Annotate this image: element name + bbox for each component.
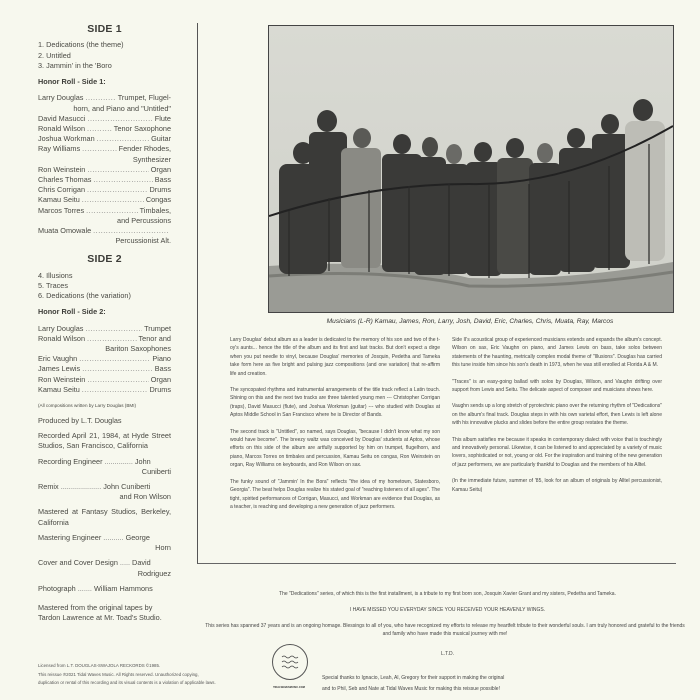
musician-name: Kamau Seitu [38, 385, 80, 395]
musician-name: James Lewis [38, 364, 80, 374]
credit-row: Larry DouglasTrumpet, Flugel-horn, and P… [38, 93, 171, 113]
instrument: Bass [155, 175, 171, 185]
liner-paragraph: The syncopated rhythms and instrumental … [230, 386, 440, 420]
leader-dots [87, 114, 152, 124]
dedication-line-1: The "Dedications" series, of which this … [200, 590, 695, 598]
remix-credit: Remix....................John Cuniberti … [38, 482, 171, 502]
musician-name: Ray Williams [38, 144, 80, 154]
composition-note: (All compositions written by Larry Dougl… [38, 402, 171, 409]
instrument: Organ [151, 375, 171, 385]
liner-paragraph: "Traces" is an easy-going ballad with so… [452, 378, 662, 395]
musician-name: Charles Thomas [38, 175, 91, 185]
liner-paragraph: Side II's acoustical group of experience… [452, 336, 662, 370]
leader-dots [87, 185, 147, 195]
tidal-waves-logo [272, 644, 308, 680]
musician-name: Ronald Wilson [38, 124, 85, 134]
dedication-line-2: I HAVE MISSED YOU EVERYDAY SINCE YOU REC… [200, 606, 695, 614]
instrument: Flute [155, 114, 171, 124]
instrument: Piano [152, 354, 171, 364]
credit-row: Charles ThomasBass [38, 175, 171, 185]
musician-name: Muata Omowale [38, 226, 91, 236]
leader-dots [82, 195, 144, 205]
side2-credits: Larry DouglasTrumpetRonald WilsonTenor a… [38, 324, 171, 395]
instrument: Trumpet, Flugel- [118, 93, 171, 103]
legal-notice: Licensed from L.T. DOUGLAS-SWAJOLA RECKO… [38, 662, 278, 688]
dedication-line-3: This series has spanned 37 years and is … [205, 622, 685, 639]
cover-design: Cover and Cover Design.....David Rodrigu… [38, 558, 171, 578]
instrument: Fender Rhodes, [119, 144, 171, 154]
instrument: Organ [151, 165, 171, 175]
photograph-credit: Photograph.......William Hammons [38, 584, 171, 594]
instrument: Guitar [151, 134, 171, 144]
musician-name: Eric Vaughn [38, 354, 77, 364]
leader-dots [82, 144, 117, 154]
side2-honor-roll-title: Honor Roll - Side 2: [38, 307, 171, 317]
instrument: Timbales, [140, 206, 171, 216]
photo-illustration [269, 26, 673, 312]
liner-paragraph: Vaughn sends up a long stretch of pyrote… [452, 402, 662, 427]
leader-dots [87, 124, 112, 134]
instrument-continued: and Percussions [38, 216, 171, 226]
leader-dots [86, 206, 138, 216]
left-column: SIDE 1 1. Dedications (the theme) 2. Unt… [38, 20, 171, 628]
credit-row: James LewisBass [38, 364, 171, 374]
liner-notes-column-2: Side II's acoustical group of experience… [452, 336, 662, 502]
musician-name: Marcos Torres [38, 206, 84, 216]
leader-dots [82, 364, 153, 374]
leader-dots [82, 385, 148, 395]
credit-row: Kamau SeituCongas [38, 195, 171, 205]
instrument: Bass [155, 364, 171, 374]
track-item: 1. Dedications (the theme) [38, 40, 171, 50]
side1-credits: Larry DouglasTrumpet, Flugel-horn, and P… [38, 93, 171, 246]
instrument-continued: Synthesizer [38, 155, 171, 165]
liner-paragraph: Larry Douglas' debut album as a leader i… [230, 336, 440, 378]
leader-dots [85, 324, 142, 334]
leader-dots [93, 175, 152, 185]
credit-row: Eric VaughnPiano [38, 354, 171, 364]
credit-row: Ron WeinsteinOrgan [38, 375, 171, 385]
produced-by: Produced by L.T. Douglas [38, 416, 171, 426]
band-photo [268, 25, 674, 313]
track-item: 3. Jammin' in the 'Boro [38, 61, 171, 71]
musician-name: Ron Weinstein [38, 375, 85, 385]
liner-paragraph: The funky sound of "Jammin' In the Bora"… [230, 478, 440, 512]
instrument: Congas [146, 195, 171, 205]
musician-name: Chris Corrigan [38, 185, 85, 195]
credit-row: Ray WilliamsFender Rhodes,Synthesizer [38, 144, 171, 164]
credit-row: Ronald WilsonTenor Saxophone [38, 124, 171, 134]
side1-heading: SIDE 1 [38, 24, 171, 34]
waves-icon [273, 645, 307, 679]
liner-notes-column-1: Larry Douglas' debut album as a leader i… [230, 336, 440, 519]
liner-paragraph: (In the immediate future, summer of '85,… [452, 477, 662, 494]
instrument-continued: Bariton Saxophones [38, 344, 171, 354]
leader-dots [93, 226, 169, 236]
credit-row: Marcos TorresTimbales,and Percussions [38, 206, 171, 226]
credit-row: Ronald WilsonTenor andBariton Saxophones [38, 334, 171, 354]
musician-name: Joshua Workman [38, 134, 95, 144]
musician-name: Ron Weinstein [38, 165, 85, 175]
photo-caption: Musicians (L-R) Kamau, James, Ron, Larry… [268, 318, 672, 325]
credit-row: Muata OmowalePercussionist Alt. [38, 226, 171, 246]
credit-row: Larry DouglasTrumpet [38, 324, 171, 334]
liner-paragraph: The second track is "Untitled", so named… [230, 428, 440, 470]
side2-heading: SIDE 2 [38, 254, 171, 264]
liner-paragraph: This album satisfies me because it speak… [452, 436, 662, 470]
instrument: Tenor Saxophone [114, 124, 171, 134]
musician-name: Kamau Seitu [38, 195, 80, 205]
leader-dots [79, 354, 150, 364]
leader-dots [87, 375, 148, 385]
credit-row: Kamau SeituDrums [38, 385, 171, 395]
leader-dots [87, 165, 148, 175]
recording-engineer: Recording Engineer..............John Cun… [38, 457, 171, 477]
track-item: 6. Dedications (the variation) [38, 291, 171, 301]
instrument: Tenor and [139, 334, 171, 344]
leader-dots [85, 93, 115, 103]
credit-row: Ron WeinsteinOrgan [38, 165, 171, 175]
instrument: Drums [150, 185, 172, 195]
musician-name: David Masucci [38, 114, 85, 124]
instrument: Trumpet [144, 324, 171, 334]
side1-tracklist: 1. Dedications (the theme) 2. Untitled 3… [38, 40, 171, 71]
logo-url: TIDALWAVESMUSIC.COM [266, 686, 312, 689]
credit-row: Chris CorriganDrums [38, 185, 171, 195]
mastered-from: Mastered from the original tapes by Tard… [38, 603, 171, 623]
credit-row: David MasucciFlute [38, 114, 171, 124]
musician-name: Ronald Wilson [38, 334, 85, 344]
musician-name: Larry Douglas [38, 324, 83, 334]
side1-honor-roll-title: Honor Roll - Side 1: [38, 77, 171, 87]
mastered-info: Mastered at Fantasy Studios, Berkeley, C… [38, 507, 171, 527]
instrument-continued: horn, and Piano and "Untitled" [38, 104, 171, 114]
recorded-info: Recorded April 21, 1984, at Hyde Street … [38, 431, 171, 451]
instrument: Drums [150, 385, 172, 395]
leader-dots [87, 334, 136, 344]
instrument-continued: Percussionist Alt. [38, 236, 171, 246]
leader-dots [97, 134, 149, 144]
special-thanks: Special thanks to Ignacio, Leah, Al, Gre… [322, 673, 504, 694]
track-item: 2. Untitled [38, 51, 171, 61]
credit-row: Joshua WorkmanGuitar [38, 134, 171, 144]
mastering-engineer: Mastering Engineer..........George Horn [38, 533, 171, 553]
track-item: 4. Illusions [38, 271, 171, 281]
musician-name: Larry Douglas [38, 93, 83, 103]
side2-tracklist: 4. Illusions 5. Traces 6. Dedications (t… [38, 271, 171, 302]
track-item: 5. Traces [38, 281, 171, 291]
